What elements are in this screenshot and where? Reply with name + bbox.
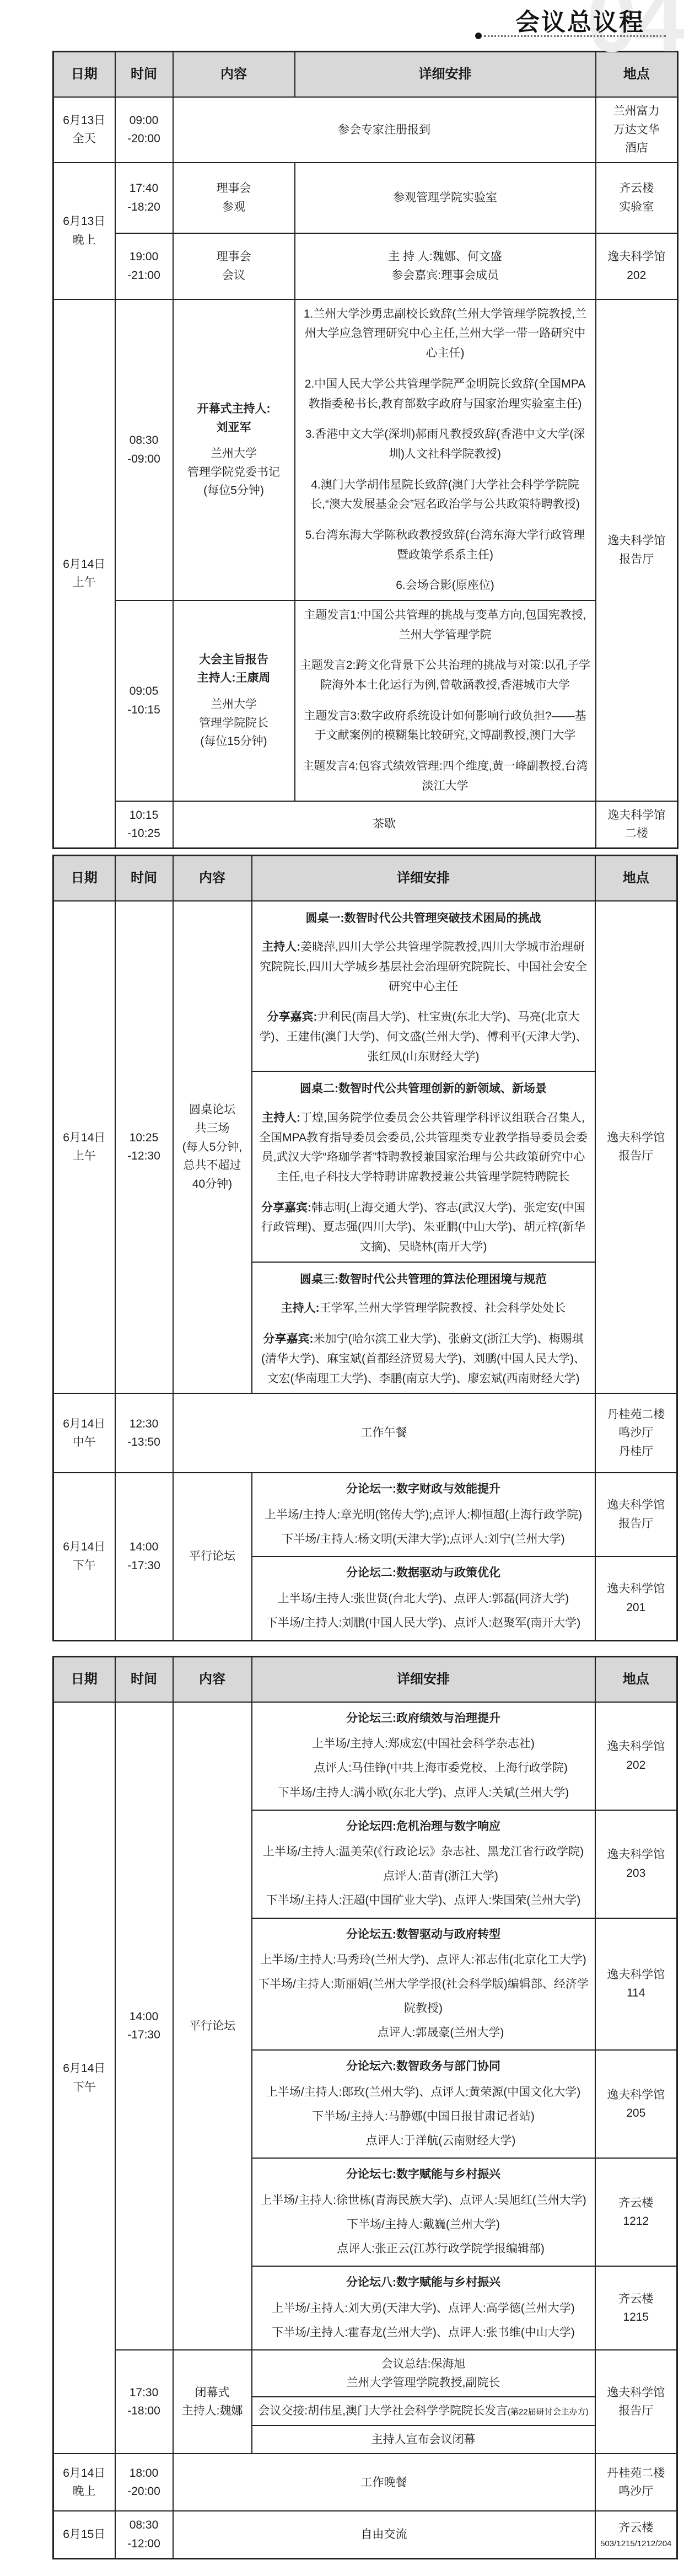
detail-cell: 分论坛六:数智政务与部门协同 上半场/主持人:郎玫(兰州大学)、点评人:黄荣源(… <box>252 2050 595 2158</box>
content-host-bold: 开幕式主持人: 刘亚军 <box>178 400 290 437</box>
detail-cell: 分论坛四:危机治理与数字响应 上半场/主持人:温美荣(《行政论坛》杂志社、黑龙江… <box>252 1810 595 1918</box>
content-cell: 闭幕式 主持人:魏娜 <box>173 2350 252 2454</box>
location-cell: 逸夫科学馆 201 <box>595 1557 677 1640</box>
location-cell: 齐云楼 实验室 <box>596 163 678 233</box>
location-cell: 丹桂苑二楼 鸣沙厅 丹桂厅 <box>595 1393 677 1473</box>
time-cell: 09:00 -20:00 <box>115 97 173 163</box>
col-header-date: 日期 <box>53 1656 115 1702</box>
row-opening-ceremony: 6月14日 上午 08:30 -09:00 开幕式主持人: 刘亚军 兰州大学 管… <box>53 299 678 600</box>
detail-cell: 分论坛七:数字赋能与乡村振兴 上半场/主持人:徐世栋(青海民族大学)、点评人:吴… <box>252 2158 595 2266</box>
forum-lines: 上半场/主持人:马秀玲(兰州大学)、点评人:祁志伟(北京化工大学) 下半场/主持… <box>257 1948 590 2045</box>
time-cell: 12:30 -13:50 <box>115 1393 173 1473</box>
location-cell: 逸夫科学馆 报告厅 <box>595 2350 677 2454</box>
detail-cell: 工作午餐 <box>173 1393 595 1473</box>
forum-lines: 上半场/主持人:郎玫(兰州大学)、点评人:黄荣源(中国文化大学) 下半场/主持人… <box>257 2080 590 2153</box>
location-cell: 逸夫科学馆 报告厅 <box>595 1473 677 1557</box>
page-break-gap <box>0 1641 700 1656</box>
col-header-content: 内容 <box>173 855 252 901</box>
guests-label: 分享嘉宾: <box>263 1333 314 1345</box>
row-council-visit: 6月13日 晚上 17:40 -18:20 理事会 参观 参观管理学院实验室 齐… <box>53 163 678 233</box>
location-cell: 逸夫科学馆 报告厅 <box>596 299 678 801</box>
location-cell: 齐云楼 1215 <box>595 2266 677 2350</box>
forum-lines: 上半场/主持人:徐世栋(青海民族大学)、点评人:吴旭红(兰州大学) 下半场/主持… <box>257 2188 590 2261</box>
forum-lines: 上半场/主持人:刘大勇(天津大学)、点评人:高学德(兰州大学) 下半场/主持人:… <box>257 2296 590 2345</box>
agenda-item: 3.香港中文大学(深圳)郝雨凡教授致辞(香港中文大学(深圳)人文社科学院教授) <box>300 425 591 464</box>
location-cell: 逸夫科学馆 203 <box>595 1810 677 1918</box>
agenda-item: 5.台湾东海大学陈秋政教授致辞(台湾东海大学行政管理暨政策学系系主任) <box>300 525 591 565</box>
row-forum-3: 6月14日 下午 14:00 -17:30 平行论坛 分论坛三:政府绩效与治理提… <box>53 1702 677 1810</box>
date-cell: 6月14日 中午 <box>53 1393 115 1473</box>
location-cell: 齐云楼 1212 <box>595 2158 677 2266</box>
guests-label: 分享嘉宾: <box>261 1201 311 1214</box>
page-break-gap <box>0 849 700 855</box>
page-title: 会议总议程 <box>515 2 645 37</box>
location-cell: 齐云楼 503/1215/1212/204 <box>595 2511 677 2558</box>
detail-cell: 圆桌二:数智时代公共管理创新的新领域、新场景 主持人:丁煌,国务院学位委员会公共… <box>252 1071 595 1262</box>
content-cell: 开幕式主持人: 刘亚军 兰州大学 管理学院党委书记 (每位5分钟) <box>173 299 295 600</box>
row-tea-break: 10:15 -10:25 茶歇 逸夫科学馆 二楼 <box>53 801 678 849</box>
content-cell: 圆桌论坛 共三场 (每人5分钟, 总共不超过 40分钟) <box>173 901 252 1393</box>
roundtable-title: 圆桌二:数智时代公共管理创新的新领域、新场景 <box>257 1080 590 1098</box>
roundtable-title: 圆桌三:数智时代公共管理的算法伦理困境与规范 <box>257 1270 590 1289</box>
content-cell: 平行论坛 <box>173 1473 252 1640</box>
detail-cell: 分论坛二:数据驱动与政策优化 上半场/主持人:张世贤(台北大学)、点评人:郭磊(… <box>252 1557 595 1640</box>
content-cell: 理事会 参观 <box>173 163 295 233</box>
time-cell: 09:05 -10:15 <box>115 600 173 801</box>
date-cell: 6月13日 全天 <box>53 97 115 163</box>
location-cell: 丹桂苑二楼 鸣沙厅 <box>595 2454 677 2511</box>
header-row: 日期 时间 内容 详细安排 地点 <box>53 1656 677 1702</box>
forum-title: 分论坛三:政府绩效与治理提升 <box>257 1709 590 1728</box>
forum-title: 分论坛一:数字财政与效能提升 <box>257 1480 590 1499</box>
forum-title: 分论坛二:数据驱动与政策优化 <box>257 1564 590 1582</box>
schedule-table-2: 日期 时间 内容 详细安排 地点 6月14日 上午 10:25 -12:30 圆… <box>52 855 678 1641</box>
keynote-item: 主题发言4:包容式绩效管理:四个维度,黄一峰副教授,台湾淡江大学 <box>300 756 591 796</box>
detail-cell: 参会专家注册报到 <box>173 97 596 163</box>
location-cell: 兰州富力 万达文华 酒店 <box>596 97 678 163</box>
col-header-date: 日期 <box>53 855 115 901</box>
time-cell: 08:30 -12:00 <box>115 2511 173 2558</box>
title-block: 04 会议总议程 <box>0 0 700 51</box>
agenda-sheet: 04 会议总议程 日期 时间 内容 详细安排 地点 6月13日 全天 09:00… <box>0 0 700 2576</box>
row-closing-summary: 17:30 -18:00 闭幕式 主持人:魏娜 会议总结:保海旭 兰州大学管理学… <box>53 2350 677 2397</box>
detail-cell: 1.兰州大学沙勇忠副校长致辞(兰州大学管理学院教授,兰州大学应急管理研究中心主任… <box>295 299 596 600</box>
forum-lines: 上半场/主持人:郑成宏(中国社会科学杂志社) 点评人:马佳铮(中共上海市委党校、… <box>257 1732 590 1805</box>
detail-cell: 主题发言1:中国公共管理的挑战与变革方向,包国宪教授,兰州大学管理学院 主题发言… <box>295 600 596 801</box>
row-dinner: 6月14日 晚上 18:00 -20:00 工作晚餐 丹桂苑二楼 鸣沙厅 <box>53 2454 677 2511</box>
keynote-item: 主题发言3:数字政府系统设计如何影响行政负担?——基于文献案例的模糊集比较研究,… <box>300 706 591 745</box>
time-cell: 14:00 -17:30 <box>115 1473 173 1640</box>
detail-cell: 工作晚餐 <box>173 2454 595 2511</box>
row-forum-1: 6月14日 下午 14:00 -17:30 平行论坛 分论坛一:数字财政与效能提… <box>53 1473 677 1557</box>
schedule-table-1: 日期 时间 内容 详细安排 地点 6月13日 全天 09:00 -20:00 参… <box>52 51 679 849</box>
col-header-time: 时间 <box>115 1656 173 1702</box>
forum-title: 分论坛六:数智政务与部门协同 <box>257 2057 590 2076</box>
host-label: 主持人: <box>281 1302 320 1314</box>
detail-cell: 主 持 人:魏娜、何文盛 参会嘉宾:理事会成员 <box>295 233 596 299</box>
forum-lines: 上半场/主持人:温美荣(《行政论坛》杂志社、黑龙江省行政学院) 点评人:苗青(浙… <box>257 1840 590 1913</box>
time-cell: 17:30 -18:00 <box>115 2350 173 2454</box>
time-cell: 19:00 -21:00 <box>115 233 173 299</box>
keynote-item: 主题发言2:跨文化背景下公共治理的挑战与对策:以孔子学院海外本土化运行为例,曾敬… <box>300 656 591 695</box>
host-label: 主持人: <box>262 1112 300 1124</box>
content-cell: 大会主旨报告 主持人:王康周 兰州大学 管理学院院长 (每位15分钟) <box>173 600 295 801</box>
location-rooms: 503/1215/1212/204 <box>600 2537 672 2551</box>
detail-cell: 参观管理学院实验室 <box>295 163 596 233</box>
location-cell: 逸夫科学馆 二楼 <box>596 801 678 849</box>
location-cell: 逸夫科学馆 114 <box>595 1918 677 2051</box>
handover-text: 会议交接:胡伟星,澳门大学社会科学学院院长发言 <box>258 2405 508 2417</box>
date-cell: 6月14日 上午 <box>53 901 115 1393</box>
host-label: 主持人: <box>262 941 300 953</box>
closing-step: 会议总结:保海旭 兰州大学管理学院教授,副院长 <box>252 2350 595 2397</box>
forum-lines: 上半场/主持人:张世贤(台北大学)、点评人:郭磊(同济大学) 下半场/主持人:刘… <box>257 1587 590 1635</box>
detail-cell: 自由交流 <box>173 2511 595 2558</box>
detail-cell: 圆桌三:数智时代公共管理的算法伦理困境与规范 主持人:王学军,兰州大学管理学院教… <box>252 1262 595 1393</box>
handover-note: (第22届研讨会主办方) <box>508 2407 589 2417</box>
content-host-bold: 大会主旨报告 主持人:王康周 <box>178 651 290 688</box>
time-cell: 10:15 -10:25 <box>115 801 173 849</box>
row-free-discussion: 6月15日 08:30 -12:00 自由交流 齐云楼 503/1215/121… <box>53 2511 677 2558</box>
col-header-detail: 详细安排 <box>252 855 595 901</box>
roundtable-title: 圆桌一:数智时代公共管理突破技术困局的挑战 <box>257 909 590 928</box>
col-header-detail: 详细安排 <box>295 52 596 98</box>
location-cell: 逸夫科学馆 202 <box>595 1702 677 1810</box>
forum-title: 分论坛四:危机治理与数字响应 <box>257 1817 590 1836</box>
row-keynote-reports: 09:05 -10:15 大会主旨报告 主持人:王康周 兰州大学 管理学院院长 … <box>53 600 678 801</box>
col-header-detail: 详细安排 <box>252 1656 595 1702</box>
date-cell: 6月14日 下午 <box>53 1473 115 1640</box>
date-cell: 6月14日 下午 <box>53 1702 115 2454</box>
roundtable-host: 姜晓萍,四川大学公共管理学院教授,四川大学城市治理研究院院长,四川大学城乡基层社… <box>260 941 587 992</box>
forum-title: 分论坛七:数字赋能与乡村振兴 <box>257 2165 590 2184</box>
closing-step: 会议交接:胡伟星,澳门大学社会科学学院院长发言(第22届研讨会主办方) <box>252 2397 595 2425</box>
schedule-table-3: 日期 时间 内容 详细安排 地点 6月14日 下午 14:00 -17:30 平… <box>52 1656 678 2559</box>
content-host-rest: 兰州大学 管理学院院长 (每位15分钟) <box>178 695 290 751</box>
date-cell: 6月15日 <box>53 2511 115 2558</box>
detail-cell: 分论坛一:数字财政与效能提升 上半场/主持人:章光明(铭传大学);点评人:柳恒超… <box>252 1473 595 1557</box>
closing-step: 主持人宣布会议闭幕 <box>252 2425 595 2454</box>
roundtable-host: 丁煌,国务院学位委员会公共管理学科评议组联合召集人,全国MPA教育指导委员会委员… <box>259 1112 588 1183</box>
col-header-content: 内容 <box>173 1656 252 1702</box>
agenda-item: 4.澳门大学胡伟星院长致辞(澳门大学社会科学学院院长,“澳大发展基金会”冠名政治… <box>300 475 591 514</box>
date-cell: 6月13日 晚上 <box>53 163 115 299</box>
location-main: 齐云楼 <box>618 2521 653 2534</box>
detail-cell: 分论坛五:数智驱动与政府转型 上半场/主持人:马秀玲(兰州大学)、点评人:祁志伟… <box>252 1918 595 2051</box>
agenda-item: 2.中国人民大学公共管理学院严金明院长致辞(全国MPA教指委秘书长,教育部数字政… <box>300 374 591 414</box>
row-registration: 6月13日 全天 09:00 -20:00 参会专家注册报到 兰州富力 万达文华… <box>53 97 678 163</box>
detail-cell: 茶歇 <box>173 801 596 849</box>
date-cell: 6月14日 晚上 <box>53 2454 115 2511</box>
header-row: 日期 时间 内容 详细安排 地点 <box>53 52 678 98</box>
roundtable-host: 王学军,兰州大学管理学院教授、社会科学处处长 <box>320 1302 566 1314</box>
detail-cell: 分论坛八:数字赋能与乡村振兴 上半场/主持人:刘大勇(天津大学)、点评人:高学德… <box>252 2266 595 2350</box>
col-header-date: 日期 <box>53 52 115 98</box>
col-header-content: 内容 <box>173 52 295 98</box>
col-header-time: 时间 <box>115 52 173 98</box>
time-cell: 18:00 -20:00 <box>115 2454 173 2511</box>
row-lunch: 6月14日 中午 12:30 -13:50 工作午餐 丹桂苑二楼 鸣沙厅 丹桂厅 <box>53 1393 677 1473</box>
col-header-time: 时间 <box>115 855 173 901</box>
time-cell: 10:25 -12:30 <box>115 901 173 1393</box>
row-council-meeting: 19:00 -21:00 理事会 会议 主 持 人:魏娜、何文盛 参会嘉宾:理事… <box>53 233 678 299</box>
col-header-location: 地点 <box>595 855 677 901</box>
time-cell: 08:30 -09:00 <box>115 299 173 600</box>
location-cell: 逸夫科学馆 202 <box>596 233 678 299</box>
col-header-location: 地点 <box>595 1656 677 1702</box>
content-host-rest: 兰州大学 管理学院党委书记 (每位5分钟) <box>178 444 290 500</box>
keynote-item: 主题发言1:中国公共管理的挑战与变革方向,包国宪教授,兰州大学管理学院 <box>300 605 591 645</box>
content-cell: 平行论坛 <box>173 1702 252 2350</box>
content-cell: 理事会 会议 <box>173 233 295 299</box>
forum-title: 分论坛八:数字赋能与乡村振兴 <box>257 2273 590 2292</box>
date-cell: 6月14日 上午 <box>53 299 115 848</box>
location-cell: 逸夫科学馆 报告厅 <box>595 901 677 1393</box>
time-cell: 14:00 -17:30 <box>115 1702 173 2350</box>
forum-title: 分论坛五:数智驱动与政府转型 <box>257 1925 590 1944</box>
guests-label: 分享嘉宾: <box>267 1011 317 1023</box>
agenda-item: 6.会场合影(原座位) <box>300 576 591 595</box>
location-cell: 逸夫科学馆 205 <box>595 2050 677 2158</box>
detail-cell: 圆桌一:数智时代公共管理突破技术困局的挑战 主持人:姜晓萍,四川大学公共管理学院… <box>252 901 595 1072</box>
forum-lines: 上半场/主持人:章光明(铭传大学);点评人:柳恒超(上海行政学院) 下半场/主持… <box>257 1503 590 1552</box>
row-roundtable-1: 6月14日 上午 10:25 -12:30 圆桌论坛 共三场 (每人5分钟, 总… <box>53 901 677 1072</box>
agenda-item: 1.兰州大学沙勇忠副校长致辞(兰州大学管理学院教授,兰州大学应急管理研究中心主任… <box>300 304 591 363</box>
header-row: 日期 时间 内容 详细安排 地点 <box>53 855 677 901</box>
detail-cell: 分论坛三:政府绩效与治理提升 上半场/主持人:郑成宏(中国社会科学杂志社) 点评… <box>252 1702 595 1810</box>
time-cell: 17:40 -18:20 <box>115 163 173 233</box>
title-underline-decoration <box>484 35 666 37</box>
